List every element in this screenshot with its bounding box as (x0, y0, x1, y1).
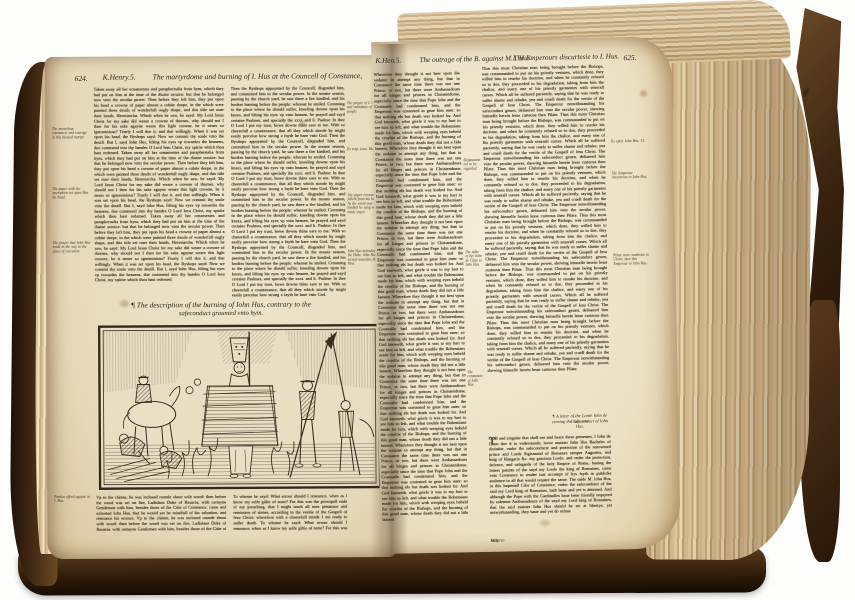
foxing-spot (120, 300, 129, 307)
margin-note: The paper with the inscription set vpon … (52, 187, 90, 217)
margin-note: Ex epist. Iohn Hus. 33. (611, 139, 647, 158)
text-column-left-1: Taken away all her ornamentes and paraph… (94, 86, 225, 299)
foxing-spot (640, 90, 647, 97)
right-page: K.Hen.5. The outrage of the B. against M… (371, 36, 681, 554)
signature-row: kk.ij. hitherto (491, 536, 613, 548)
text-column-below-woodcut-2: To whome he sayd: What errour should I r… (233, 493, 347, 531)
woodcut-engraving (97, 323, 382, 491)
margin-note: Pardon offred agayne to I. Hus. (54, 495, 92, 519)
foxing-spot (300, 120, 306, 126)
text-column-left-2: Then the Byshops appoynted by the Counce… (231, 85, 346, 298)
gutter-shadow (370, 44, 408, 558)
folio-number-right: 625. (623, 53, 636, 62)
text-column-right-2: Thus this most Christian man being broug… (482, 64, 611, 412)
woodcut-burning-of-john-hus (97, 323, 382, 491)
running-head-title-right-b: The Emperours discurtesie to I. Hus. (513, 52, 619, 62)
margin-note: The Emperour vncurteous to Iohn Hus. (612, 171, 648, 198)
left-page: 624. K.Henry.5. The martyrdome and burni… (44, 55, 395, 559)
running-head-title-left: The martyrdome and burning of I. Hus at … (153, 71, 363, 81)
running-head-signature-left: K.Henry.5. (103, 73, 136, 82)
catchword: hitherto (491, 538, 505, 544)
faggot-bundle (201, 386, 277, 446)
letter-text: TO all and singular that shall see and h… (489, 434, 613, 536)
foxing-spot (540, 520, 550, 526)
woodcut-caption-line2: safeconduct graunted vnto hym. (92, 309, 350, 318)
letter-heading-line2: cerning the safeconduct of Iohn Hus. (549, 418, 610, 430)
margin-note: Defamation not to be regarded. (463, 158, 481, 198)
margin-note: The constancie of Iohn Hus. (467, 370, 485, 414)
letter-heading: ¶ A letter of the Lorde Iohn de Clum con… (488, 413, 610, 433)
text-column-below-woodcut-1: Vp to the chinne, he was inclosed rounde… (96, 494, 226, 532)
folio-number-left: 624. (75, 74, 88, 83)
photograph-of-open-antique-book: 624. K.Henry.5. The martyrdome and burni… (0, 0, 855, 600)
letter-body: O all and singular that shall see and he… (489, 434, 613, 516)
margin-note: The maruelous constancie and courage of … (52, 127, 90, 161)
robe (229, 446, 253, 474)
margin-note: The talke of Syr Iohn de Clum to Iohn Hu… (465, 250, 483, 302)
margin-note: Pilate more moderate to Christ, then thi… (613, 253, 650, 294)
margin-note: The prayer that Iohn Hus made in the way… (53, 241, 91, 277)
woodcut-caption-line1: ¶ The description of the burning of Iohn… (92, 299, 350, 310)
